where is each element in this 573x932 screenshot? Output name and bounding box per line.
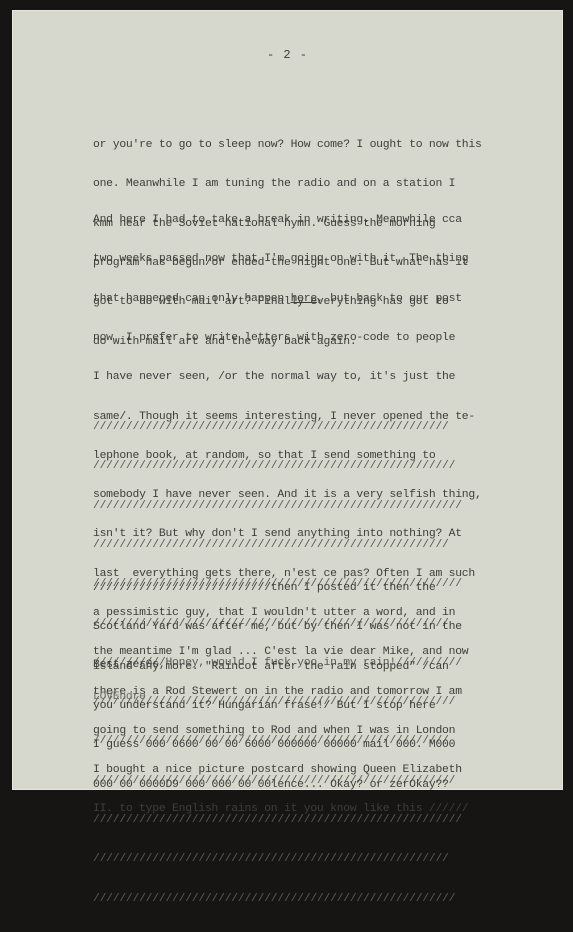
text-fragment: that happened can only happen — [93, 293, 291, 305]
underlined-word: here — [291, 293, 317, 305]
rain-line: ////////////////////////////////////////… — [93, 460, 462, 473]
text-line: I guess 000 0600 00 00 6000 000000 00000… — [93, 739, 462, 752]
typewritten-letter-page: - 2 - or you're to go to sleep now? How … — [12, 10, 563, 790]
text-line: And here I had to take a break in writin… — [93, 214, 482, 227]
text-line: or you're to go to sleep now? How come? … — [93, 139, 482, 152]
rain-line: ////////////////////////////////////////… — [93, 421, 462, 434]
text-line: I have never seen, /or the normal way to… — [93, 371, 482, 384]
text-line: two weeks passed now that I'm going on w… — [93, 253, 482, 266]
text-line: you understand it? Hungarian frase!/ But… — [93, 700, 462, 713]
rain-line: ////////////////////////////////////////… — [93, 539, 462, 552]
text-fragment: , but back to our post — [317, 293, 462, 305]
text-line: ///////////////////////////then I posted… — [93, 582, 462, 595]
rain-line: ////////////////////////////////////////… — [93, 500, 462, 513]
signature-text: LOVEndre — [93, 691, 146, 704]
text-line: 000 00 0000D9 000 000 00 00lence... Okay… — [93, 779, 462, 792]
signature: LOVEndre — [93, 665, 146, 730]
text-line-with-underline: that happened can only happen here, but … — [93, 293, 482, 306]
page-number: - 2 - — [12, 48, 563, 62]
text-line: now. I prefer to write letters with zero… — [93, 332, 482, 345]
